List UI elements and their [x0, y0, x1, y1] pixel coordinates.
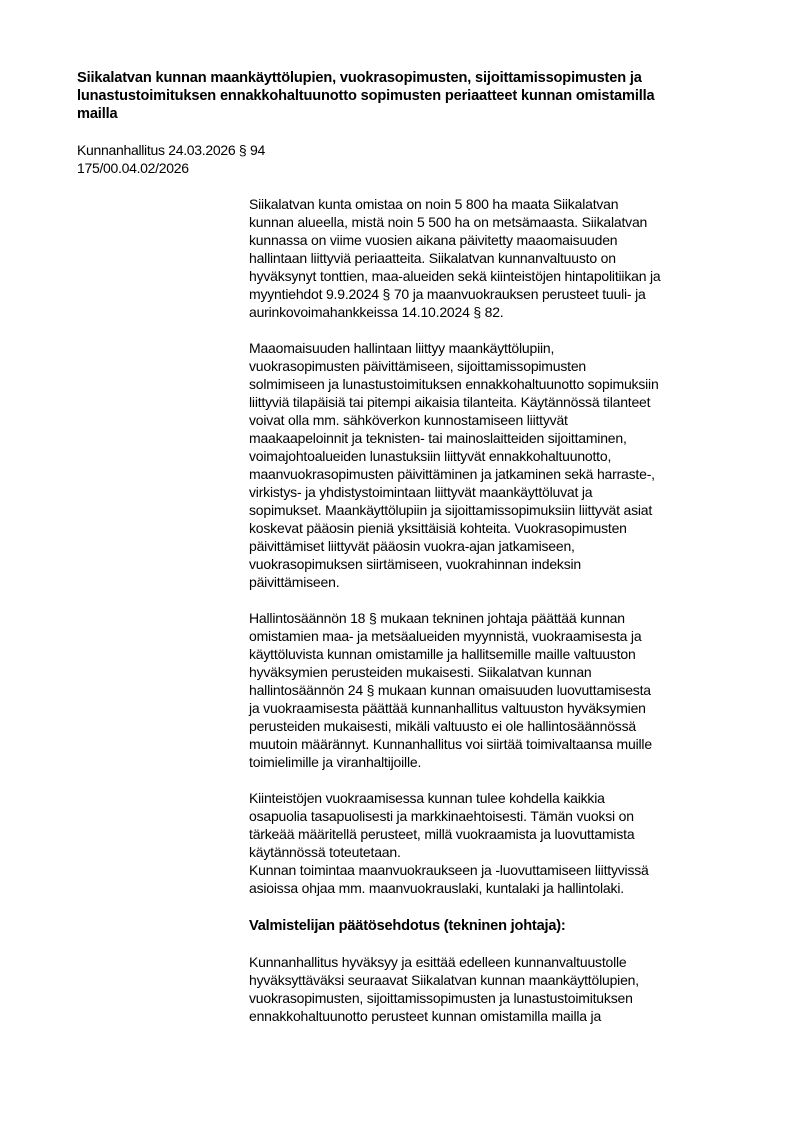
- meeting-meta: Kunnanhallitus 24.03.2026 § 94 175/00.04…: [77, 141, 265, 177]
- text-line: Siikalatvan kunta omistaa on noin 5 800 …: [249, 195, 749, 213]
- text-line: vuokrasopimusten päivittämiseen, sijoitt…: [249, 357, 749, 375]
- text-line: kunnan alueella, mistä noin 5 500 ha on …: [249, 213, 749, 231]
- text-line: ja vuokraamisesta päättää kunnanhallitus…: [249, 699, 749, 717]
- text-line: osapuolia tasapuolisesti ja markkinaehto…: [249, 807, 749, 825]
- text-line: vuokrasopimusten, sijoittamissopimusten …: [249, 989, 749, 1007]
- title-line: Siikalatvan kunnan maankäyttölupien, vuo…: [77, 69, 737, 87]
- text-line: ennakkohaltuunotto perusteet kunnan omis…: [249, 1007, 749, 1025]
- text-line: virkistys- ja yhdistystoimintaan liittyv…: [249, 483, 749, 501]
- text-line: tärkeää määritellä perusteet, millä vuok…: [249, 825, 749, 843]
- text-line: maakaapeloinnit ja teknisten- tai mainos…: [249, 429, 749, 447]
- text-line: hyväksynyt tonttien, maa-alueiden sekä k…: [249, 267, 749, 285]
- paragraph-administrative-rules: Hallintosäännön 18 § mukaan tekninen joh…: [249, 609, 749, 771]
- text-line: käyttöluvista kunnan omistamille ja hall…: [249, 645, 749, 663]
- document-body: Siikalatvan kunta omistaa on noin 5 800 …: [249, 195, 749, 1043]
- text-line: voivat olla mm. sähköverkon kunnostamise…: [249, 411, 749, 429]
- text-line: hyväksymien perusteiden mukaisesti. Siik…: [249, 663, 749, 681]
- proposal-heading: Valmistelijan päätösehdotus (tekninen jo…: [249, 915, 749, 935]
- text-line: maanvuokrasopimusten päivittäminen ja ja…: [249, 465, 749, 483]
- title-line: lunastustoimituksen ennakkohaltuunotto s…: [77, 87, 737, 105]
- text-line: vuokrasopimuksen siirtämiseen, vuokrahin…: [249, 555, 749, 573]
- text-line: voimajohtoalueiden lunastuksiin liittyvä…: [249, 447, 749, 465]
- paragraph-leasing-principles: Kiinteistöjen vuokraamisessa kunnan tule…: [249, 789, 749, 897]
- text-line: kunnassa on viime vuosien aikana päivite…: [249, 231, 749, 249]
- text-line: toimielimille ja viranhaltijoille.: [249, 753, 749, 771]
- text-line: päivittämiset liittyvät pääosin vuokra-a…: [249, 537, 749, 555]
- text-line: perusteiden mukaisesti, mikäli valtuusto…: [249, 717, 749, 735]
- paragraph-proposal: Kunnanhallitus hyväksyy ja esittää edell…: [249, 953, 749, 1025]
- text-line: omistamien maa- ja metsäalueiden myynnis…: [249, 627, 749, 645]
- document-title: Siikalatvan kunnan maankäyttölupien, vuo…: [77, 69, 737, 123]
- text-line: hyväksyttäväksi seuraavat Siikalatvan ku…: [249, 971, 749, 989]
- text-line: muutoin määrännyt. Kunnanhallitus voi si…: [249, 735, 749, 753]
- paragraph-land-ownership: Siikalatvan kunta omistaa on noin 5 800 …: [249, 195, 749, 321]
- record-number: 175/00.04.02/2026: [77, 159, 265, 177]
- text-line: Hallintosäännön 18 § mukaan tekninen joh…: [249, 609, 749, 627]
- text-line: solmimiseen ja lunastustoimituksen ennak…: [249, 375, 749, 393]
- text-line: käytännössä toteutetaan.: [249, 843, 749, 861]
- text-line: Kunnan toimintaa maanvuokraukseen ja -lu…: [249, 861, 749, 879]
- paragraph-land-management: Maaomaisuuden hallintaan liittyy maankäy…: [249, 339, 749, 591]
- text-line: Kiinteistöjen vuokraamisessa kunnan tule…: [249, 789, 749, 807]
- text-line: asioissa ohjaa mm. maanvuokrauslaki, kun…: [249, 879, 749, 897]
- text-line: hallintosäännön 24 § mukaan kunnan omais…: [249, 681, 749, 699]
- meeting-reference: Kunnanhallitus 24.03.2026 § 94: [77, 141, 265, 159]
- text-line: myyntiehdot 9.9.2024 § 70 ja maanvuokrau…: [249, 285, 749, 303]
- text-line: päivittämiseen.: [249, 573, 749, 591]
- text-line: Kunnanhallitus hyväksyy ja esittää edell…: [249, 953, 749, 971]
- text-line: koskevat pääosin pieniä yksittäisiä koht…: [249, 519, 749, 537]
- document-page: Siikalatvan kunnan maankäyttölupien, vuo…: [0, 0, 794, 1122]
- text-line: aurinkovoimahankkeissa 14.10.2024 § 82.: [249, 303, 749, 321]
- text-line: liittyviä tilapäisiä tai pitempi aikaisi…: [249, 393, 749, 411]
- text-line: Maaomaisuuden hallintaan liittyy maankäy…: [249, 339, 749, 357]
- text-line: hallintaan liittyviä periaatteita. Siika…: [249, 249, 749, 267]
- text-line: sopimukset. Maankäyttölupiin ja sijoitta…: [249, 501, 749, 519]
- title-line: mailla: [77, 105, 737, 123]
